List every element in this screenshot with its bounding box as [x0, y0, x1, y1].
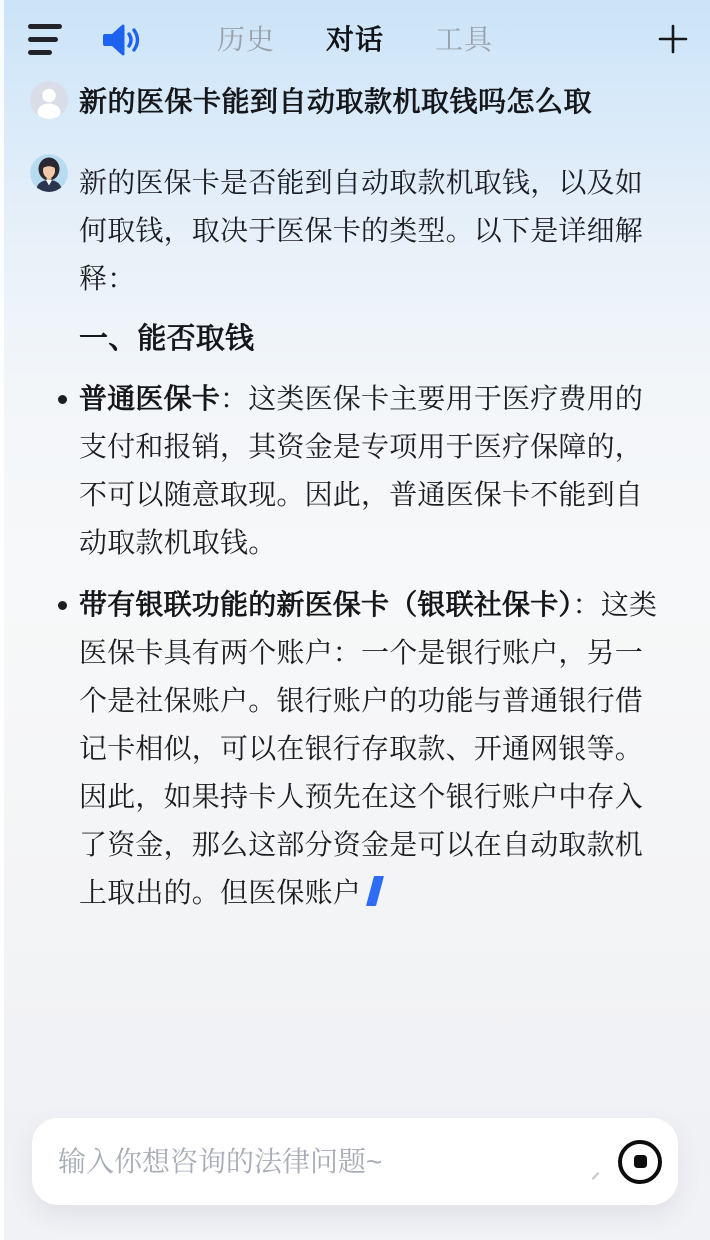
user-message-row: 新的医保卡能到自动取款机取钱吗怎么取 — [30, 80, 710, 120]
tab-history[interactable]: 历史 — [217, 18, 275, 58]
tab-chat[interactable]: 对话 — [326, 18, 384, 58]
composer-bar — [32, 1118, 678, 1205]
tab-bar: 历史 对话 工具 — [0, 0, 710, 76]
bullet-bold-lead: 普通医保卡 — [79, 383, 220, 414]
bullet-list: 普通医保卡：这类医保卡主要用于医疗费用的支付和报销，其资金是专项用于医疗保障的，… — [79, 375, 671, 917]
top-bar: 历史 对话 工具 — [0, 0, 710, 76]
assistant-message-text: 新的医保卡是否能到自动取款机取钱，以及如何取钱，取决于医保卡的类型。以下是详细解… — [79, 154, 671, 917]
assistant-avatar — [30, 154, 68, 192]
section-heading: 一、能否取钱 — [79, 321, 671, 357]
list-item: 带有银联功能的新医保卡（银联社保卡）：这类医保卡具有两个账户：一个是银行账户，另… — [79, 581, 671, 917]
bullet-body: 这类医保卡具有两个账户：一个是银行账户，另一个是社保账户。银行账户的功能与普通银… — [79, 589, 657, 908]
bullet-icon — [58, 395, 67, 404]
streaming-cursor-icon — [366, 876, 384, 906]
user-message-text: 新的医保卡能到自动取款机取钱吗怎么取 — [79, 80, 592, 120]
bullet-separator: ： — [220, 383, 248, 414]
assistant-intro: 新的医保卡是否能到自动取款机取钱，以及如何取钱，取决于医保卡的类型。以下是详细解… — [79, 159, 671, 303]
chat-input[interactable] — [32, 1118, 678, 1205]
app-screen: 历史 对话 工具 新的医保卡能到自动取款机取钱吗怎么取 — [0, 0, 710, 1240]
screen-edge-highlight — [0, 0, 4, 1240]
assistant-message-row: 新的医保卡是否能到自动取款机取钱，以及如何取钱，取决于医保卡的类型。以下是详细解… — [30, 154, 710, 917]
user-avatar — [30, 81, 68, 119]
bullet-icon — [58, 601, 67, 610]
bullet-bold-lead: 带有银联功能的新医保卡（银联社保卡） — [79, 589, 573, 620]
stop-square-icon — [634, 1155, 647, 1168]
new-chat-plus-icon[interactable] — [658, 24, 688, 54]
bullet-separator: ： — [573, 589, 601, 620]
list-item: 普通医保卡：这类医保卡主要用于医疗费用的支付和报销，其资金是专项用于医疗保障的，… — [79, 375, 671, 567]
tab-tools[interactable]: 工具 — [435, 18, 493, 58]
stop-generating-button[interactable] — [618, 1140, 662, 1184]
